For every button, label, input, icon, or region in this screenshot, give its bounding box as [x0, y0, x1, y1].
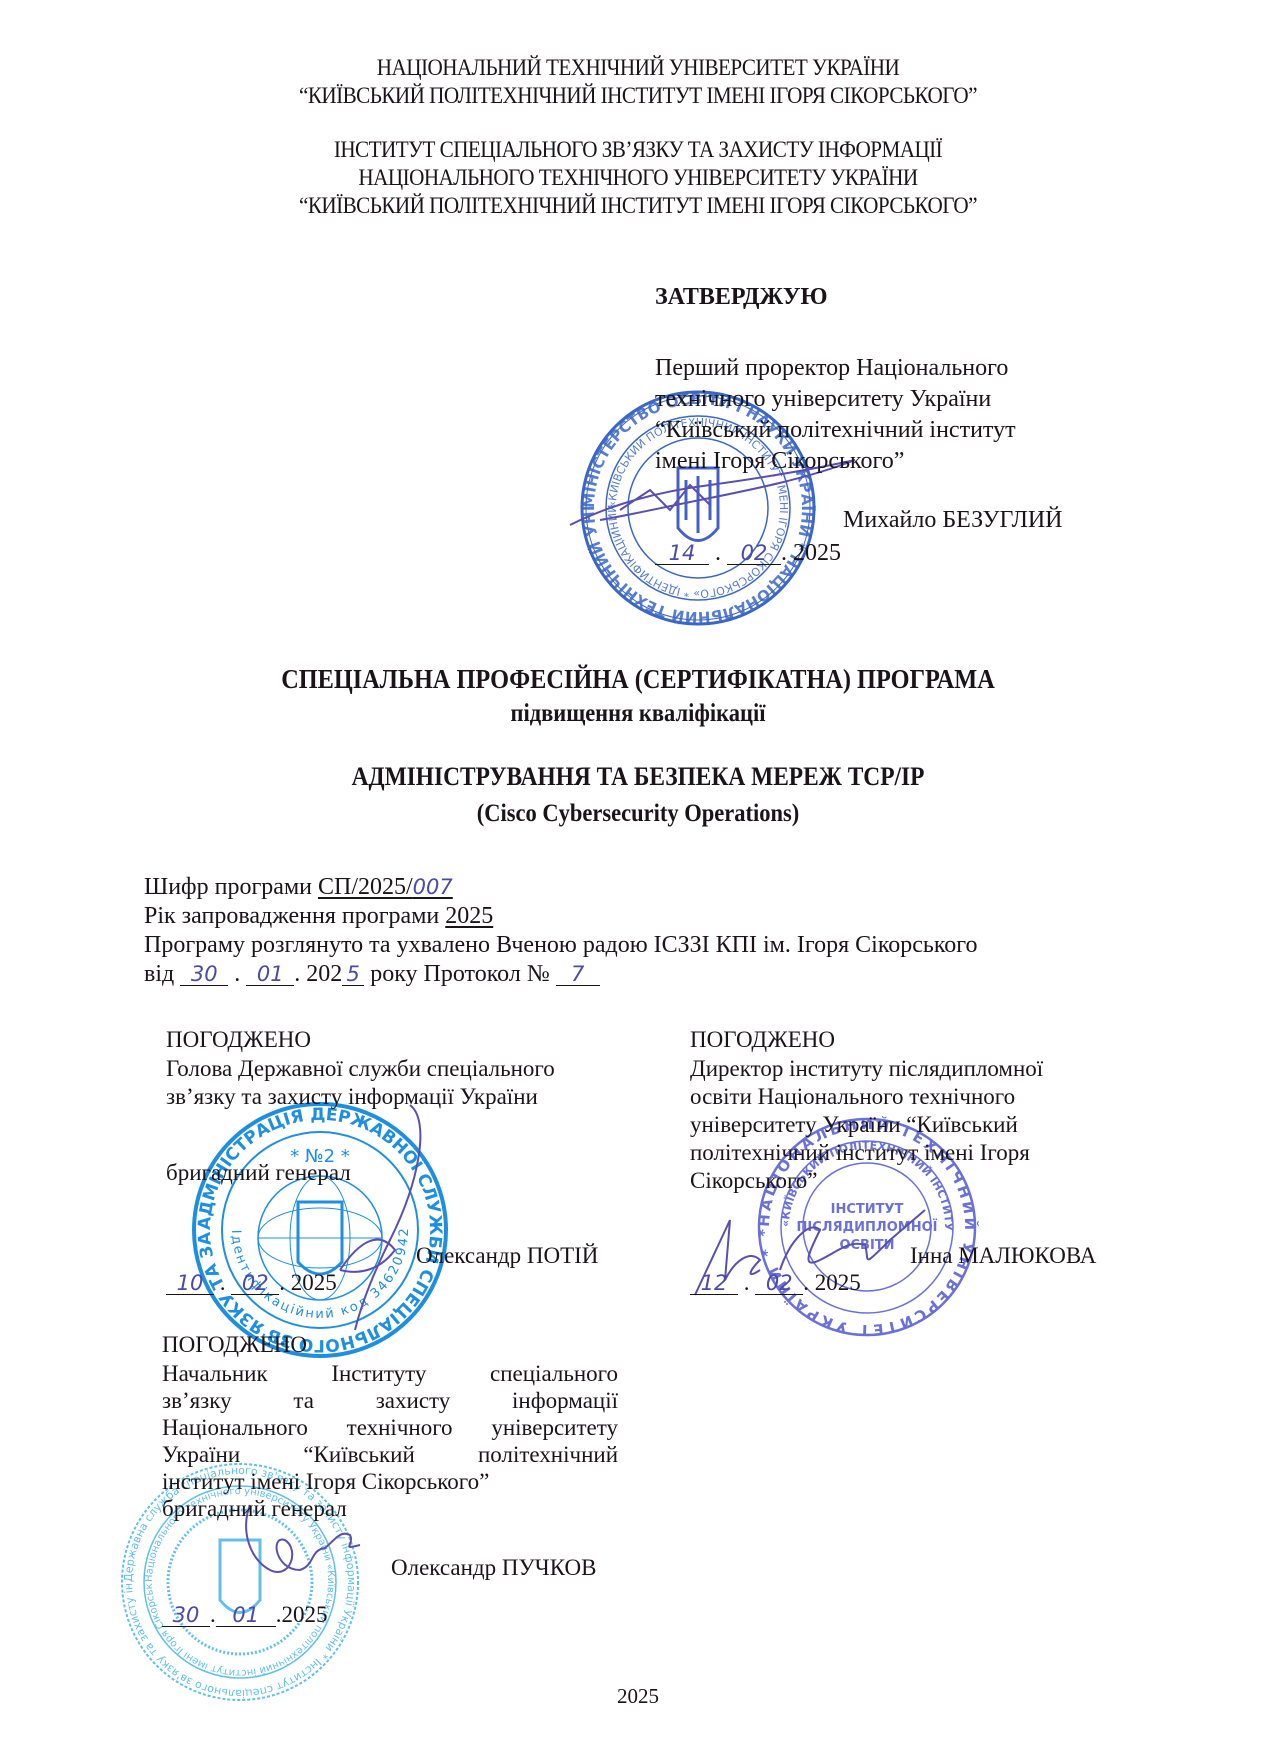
program-type-title: СПЕЦІАЛЬНА ПРОФЕСІЙНА (СЕРТИФІКАТНА) ПРО…	[64, 664, 1212, 695]
agreement-1-rank: бригадний генерал	[166, 1158, 351, 1187]
state-service-seal-stamp: АДМІНІСТРАЦІЯ ДЕРЖАВНОЇ СЛУЖБИ СПЕЦІАЛЬН…	[190, 1100, 450, 1360]
approval-position-line-3: “Київський політехнічний інститут	[655, 416, 1016, 445]
institute-name-line-3: “КИЇВСЬКИЙ ПОЛІТЕХНІЧНИЙ ІНСТИТУТ ІМЕНІ …	[51, 192, 1225, 220]
agreement-1-date: 10 . 02. 2025	[166, 1268, 337, 1297]
institute-name-line-1: ІНСТИТУТ СПЕЦІАЛЬНОГО ЗВ’ЯЗКУ ТА ЗАХИСТУ…	[51, 136, 1225, 164]
approval-date-month: 02	[727, 542, 781, 565]
agreement-3-date-month: 01	[216, 1604, 276, 1627]
program-review-date-line: від 30 . 01. 2025 року Протокол № 7	[144, 960, 600, 989]
agreement-2-date: 12 . 02. 2025	[690, 1268, 861, 1297]
agreement-3-date: 30.01.2025	[162, 1600, 328, 1629]
agreement-3-position-line-4: України “Київський політехнічний	[162, 1440, 618, 1469]
agreement-1-heading: ПОГОДЖЕНО	[166, 1025, 311, 1054]
agreement-1-date-day: 10	[166, 1272, 214, 1295]
agreement-1-position-line-2: зв’язку та захисту інформації України	[166, 1082, 538, 1111]
institute-name-line-2: НАЦІОНАЛЬНОГО ТЕХНІЧНОГО УНІВЕРСИТЕТУ УК…	[51, 164, 1225, 192]
agreement-2-date-month: 02	[755, 1272, 803, 1295]
approval-position-line-4: імені Ігоря Сікорського”	[655, 447, 904, 476]
approval-position-line-1: Перший проректор Національного	[655, 354, 1008, 383]
program-name-english: (Cisco Cybersecurity Operations)	[64, 800, 1212, 828]
agreement-3-rank: бригадний генерал	[162, 1494, 347, 1523]
review-date-year-digit: 5	[342, 963, 364, 986]
agreement-2-date-day: 12	[690, 1272, 738, 1295]
agreement-3-heading: ПОГОДЖЕНО	[162, 1330, 307, 1359]
approval-date-year: . 2025	[781, 540, 841, 566]
svg-text:ІНСТИТУТ: ІНСТИТУТ	[831, 1202, 904, 1217]
svg-text:ПІСЛЯДИПЛОМНОЇ: ПІСЛЯДИПЛОМНОЇ	[797, 1219, 938, 1235]
agreement-2-position-line-3: університету України “Київський	[690, 1110, 1018, 1139]
program-review-line: Програму розглянуто та ухвалено Вченою р…	[144, 931, 978, 960]
agreement-3-position-line-3: Національного технічного університету	[162, 1413, 618, 1442]
document-year: 2025	[0, 1682, 1276, 1711]
potiy-signature	[300, 1100, 440, 1340]
svg-text:АДМІНІСТРАЦІЯ ДЕРЖАВНОЇ СЛУЖБИ: АДМІНІСТРАЦІЯ ДЕРЖАВНОЇ СЛУЖБИ СПЕЦІАЛЬН…	[190, 1100, 445, 1355]
approval-position-line-2: технічного університету України	[655, 385, 991, 414]
agreement-1-date-month: 02	[231, 1272, 279, 1295]
approval-signatory-name: Михайло БЕЗУГЛИЙ	[843, 506, 1063, 535]
approval-date: 14 . 02. 2025	[655, 539, 841, 568]
protocol-number: 7	[556, 963, 600, 986]
agreement-3-position-line-5: інститут імені Ігоря Сікорського”	[162, 1467, 489, 1496]
program-name: АДМІНІСТРУВАННЯ ТА БЕЗПЕКА МЕРЕЖ TCP/IP	[64, 762, 1212, 792]
agreement-3-date-day: 30	[162, 1604, 210, 1627]
program-year-line: Рік запровадження програми 2025	[144, 902, 493, 931]
agreement-1-signatory-name: Олександр ПОТІЙ	[416, 1241, 598, 1270]
agreement-3-signatory-name: Олександр ПУЧКОВ	[391, 1553, 596, 1582]
approval-date-day: 14	[655, 542, 709, 565]
agreement-2-signatory-name: Інна МАЛЮКОВА	[910, 1241, 1096, 1270]
agreement-3-position-line-1: Начальник Інституту спеціального	[162, 1359, 618, 1388]
program-year-value: 2025	[445, 903, 493, 929]
agreement-2-position-line-2: освіти Національного технічного	[690, 1082, 1015, 1111]
university-name-line-2: “КИЇВСЬКИЙ ПОЛІТЕХНІЧНИЙ ІНСТИТУТ ІМЕНІ …	[51, 82, 1225, 110]
review-date-month: 01	[246, 963, 294, 986]
agreement-2-position-line-1: Директор інституту післядипломної	[690, 1054, 1043, 1083]
review-date-day: 30	[180, 963, 228, 986]
agreement-1-position-line-1: Голова Державної служби спеціального	[166, 1054, 555, 1083]
approval-heading: ЗАТВЕРДЖУЮ	[655, 283, 828, 312]
agreement-2-position-line-5: Сікорського”	[690, 1166, 818, 1195]
agreement-2-position-line-4: політехнічний інститут імені Ігоря	[690, 1138, 1030, 1167]
agreement-2-heading: ПОГОДЖЕНО	[690, 1025, 835, 1054]
program-code-value: СП/2025/007	[318, 874, 453, 900]
agreement-3-position-line-2: зв’язку та захисту інформації	[162, 1386, 618, 1415]
program-code-line: Шифр програми СП/2025/007	[144, 873, 453, 902]
university-name-line-1: НАЦІОНАЛЬНИЙ ТЕХНІЧНИЙ УНІВЕРСИТЕТ УКРАЇ…	[51, 54, 1225, 82]
program-type-subtitle: підвищення кваліфікації	[64, 700, 1212, 728]
svg-text:ОСВІТИ: ОСВІТИ	[839, 1238, 894, 1253]
